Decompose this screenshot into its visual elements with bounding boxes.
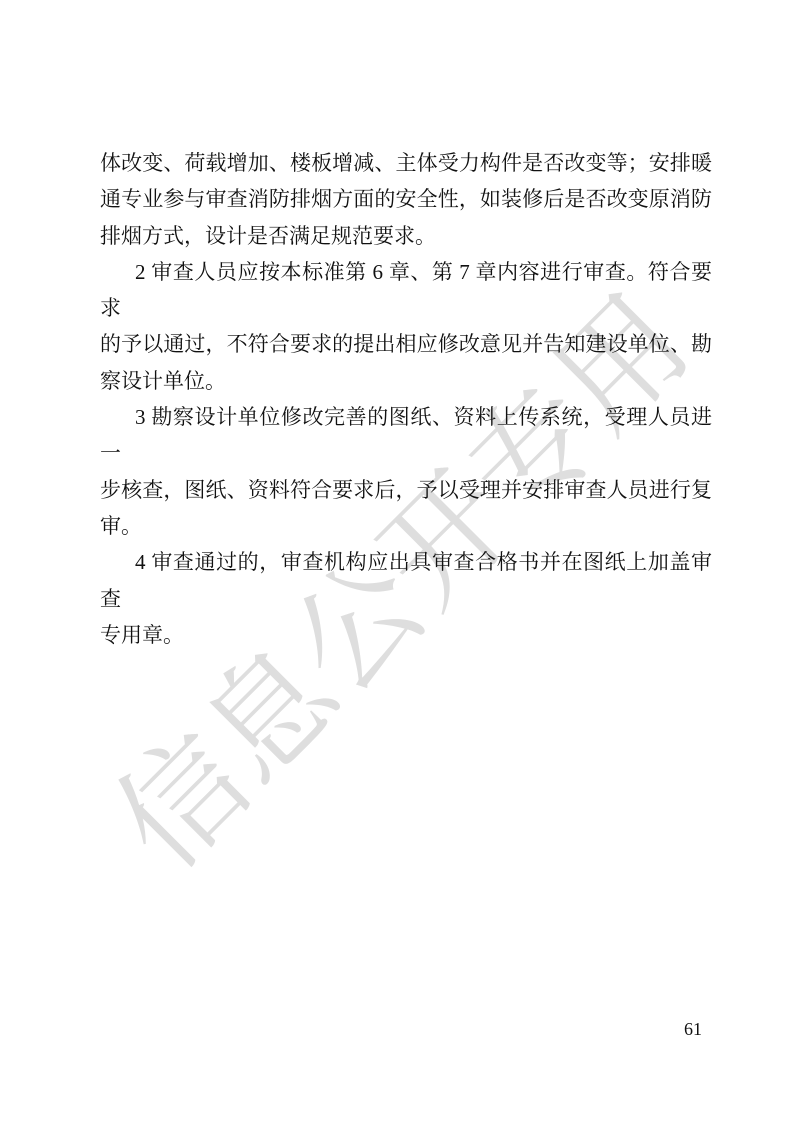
body-line: 审。 [100,508,712,544]
body-line: 2 审查人员应按本标准第 6 章、第 7 章内容进行审查。符合要求 [100,254,712,327]
document-body: 体改变、荷载增加、楼板增减、主体受力构件是否改变等；安排暖 通专业参与审查消防排… [100,145,712,653]
body-line: 步核查，图纸、资料符合要求后，予以受理并安排审查人员进行复 [100,472,712,508]
document-page: 信息公开专用 体改变、荷载增加、楼板增减、主体受力构件是否改变等；安排暖 通专业… [0,0,800,1131]
body-line: 3 勘察设计单位修改完善的图纸、资料上传系统，受理人员进一 [100,399,712,472]
body-line: 4 审查通过的，审查机构应出具审查合格书并在图纸上加盖审查 [100,544,712,617]
page-number: 61 [684,1019,702,1040]
body-line: 通专业参与审查消防排烟方面的安全性，如装修后是否改变原消防 [100,181,712,217]
body-line: 察设计单位。 [100,363,712,399]
body-line: 体改变、荷载增加、楼板增减、主体受力构件是否改变等；安排暖 [100,145,712,181]
body-line: 的予以通过，不符合要求的提出相应修改意见并告知建设单位、勘 [100,326,712,362]
paragraph-item-2: 2 审查人员应按本标准第 6 章、第 7 章内容进行审查。符合要求 的予以通过，… [100,254,712,399]
paragraph-continuation: 体改变、荷载增加、楼板增减、主体受力构件是否改变等；安排暖 通专业参与审查消防排… [100,145,712,254]
body-line: 排烟方式，设计是否满足规范要求。 [100,218,712,254]
body-line: 专用章。 [100,617,712,653]
paragraph-item-3: 3 勘察设计单位修改完善的图纸、资料上传系统，受理人员进一 步核查，图纸、资料符… [100,399,712,544]
paragraph-item-4: 4 审查通过的，审查机构应出具审查合格书并在图纸上加盖审查 专用章。 [100,544,712,653]
